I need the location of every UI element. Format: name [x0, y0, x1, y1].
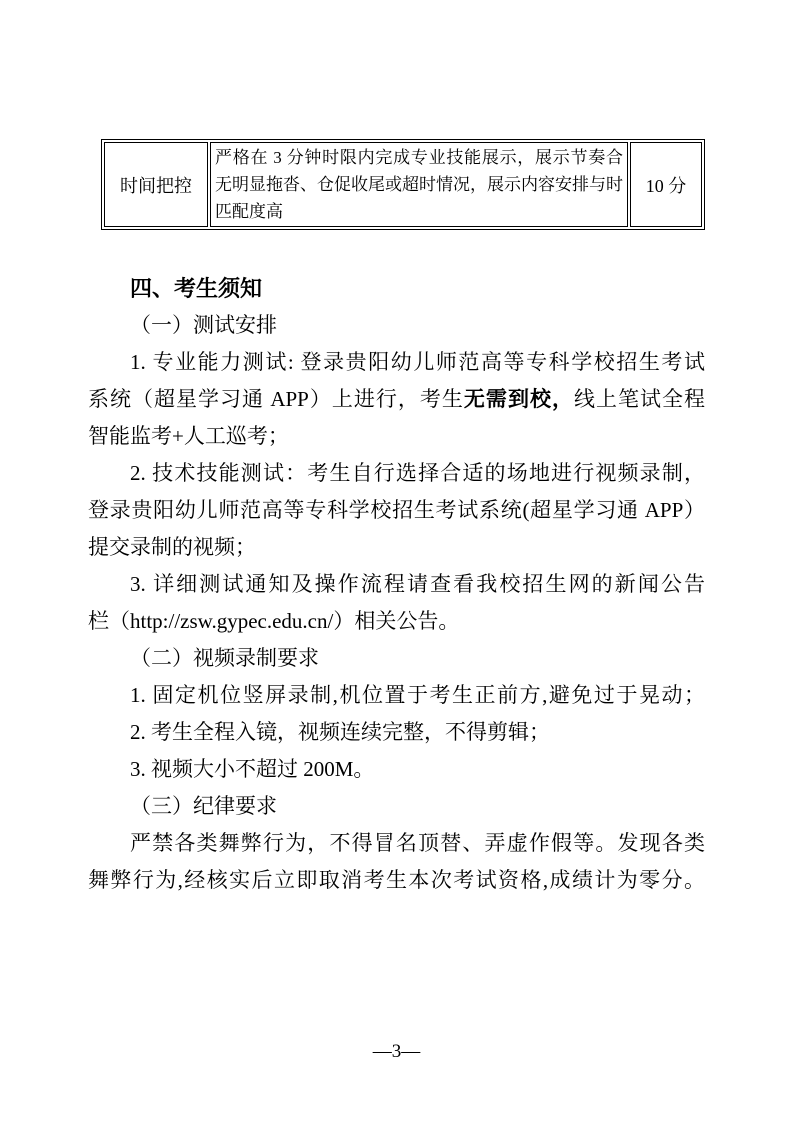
list-item: 2. 考生全程入镜，视频连续完整，不得剪辑；	[88, 714, 705, 751]
score-value: 10 分	[646, 176, 687, 196]
paragraph-line: 严禁各类舞弊行为，不得冒名顶替、弄虚作假等。发现各类	[88, 825, 705, 862]
paragraph-line: 1. 专业能力测试: 登录贵阳幼儿师范高等专科学校招生考试	[88, 344, 705, 381]
paragraph-line: 登录贵阳幼儿师范高等专科学校招生考试系统(超星学习通 APP）	[88, 492, 705, 529]
paragraph-line: 提交录制的视频；	[88, 529, 705, 566]
list-item: 3. 视频大小不超过 200M。	[88, 751, 705, 788]
subsection-heading-test-arrangement: （一）测试安排	[88, 307, 705, 344]
subsection-heading-discipline: （三）纪律要求	[88, 788, 705, 825]
description-line: 严格在 3 分钟时限内完成专业技能展示，展示节奏合理，	[215, 144, 623, 171]
paragraph-line: 智能监考+人工巡考；	[88, 418, 705, 455]
criterion-cell: 时间把控	[104, 142, 208, 227]
emphasis-text: 无需到校，	[464, 388, 574, 411]
paragraph-line: 系统（超星学习通 APP）上进行，考生无需到校，线上笔试全程	[88, 381, 705, 418]
document-page: 时间把控 严格在 3 分钟时限内完成专业技能展示，展示节奏合理， 无明显拖沓、仓…	[0, 0, 793, 1122]
paragraph-line: 2. 技术技能测试：考生自行选择合适的场地进行视频录制，	[88, 455, 705, 492]
subsection-heading-video-requirements: （二）视频录制要求	[88, 640, 705, 677]
description-line: 无明显拖沓、仓促收尾或超时情况，展示内容安排与时间	[215, 171, 623, 198]
paragraph-line: 舞弊行为,经核实后立即取消考生本次考试资格,成绩计为零分。	[88, 862, 705, 899]
criterion-label: 时间把控	[120, 176, 192, 196]
paragraph-line: 3. 详细测试通知及操作流程请查看我校招生网的新闻公告	[88, 566, 705, 603]
text-segment: 线上笔试全程	[574, 387, 705, 411]
score-cell: 10 分	[630, 142, 702, 227]
notice-section: 四、考生须知 （一）测试安排 1. 专业能力测试: 登录贵阳幼儿师范高等专科学校…	[88, 270, 705, 899]
paragraph-line-with-url: 栏（http://zsw.gypec.edu.cn/）相关公告。	[88, 603, 705, 640]
section-heading: 四、考生须知	[88, 270, 705, 307]
table-row: 时间把控 严格在 3 分钟时限内完成专业技能展示，展示节奏合理， 无明显拖沓、仓…	[104, 142, 702, 227]
footer-page-number: —3—	[0, 1040, 793, 1064]
score-table: 时间把控 严格在 3 分钟时限内完成专业技能展示，展示节奏合理， 无明显拖沓、仓…	[101, 139, 705, 230]
list-item: 1. 固定机位竖屏录制,机位置于考生正前方,避免过于晃动；	[88, 677, 705, 714]
description-cell: 严格在 3 分钟时限内完成专业技能展示，展示节奏合理， 无明显拖沓、仓促收尾或超…	[210, 142, 628, 227]
description-line: 匹配度高	[215, 198, 623, 225]
text-segment: 系统（超星学习通 APP）上进行，考生	[88, 387, 464, 411]
